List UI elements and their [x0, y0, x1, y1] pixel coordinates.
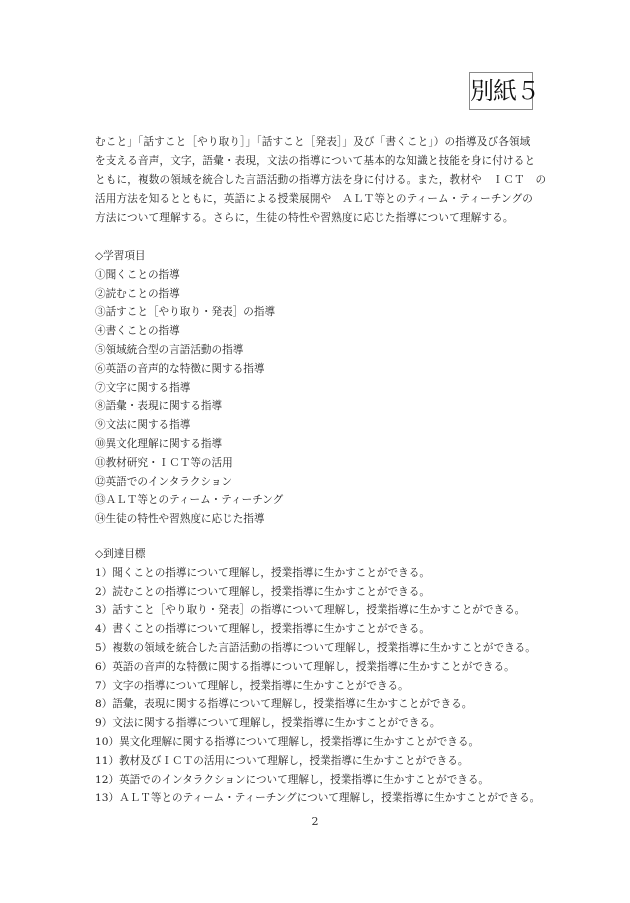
list-item: ①聞くことの指導 [95, 266, 537, 285]
list-item: ⑦文字に関する指導 [95, 379, 537, 398]
list-item: ③話すこと［やり取り・発表］の指導 [95, 303, 537, 322]
list-item: ⑤領域統合型の言語活動の指導 [95, 341, 537, 360]
list-item: ⑨文法に関する指導 [95, 416, 537, 435]
list-item: ⑩異文化理解に関する指導 [95, 435, 537, 454]
paragraph-line: ともに，複数の領域を統合した言語活動の指導方法を身に付ける。また，教材や ＩＣＴ… [95, 171, 537, 190]
attachment-label-box: 別紙５ [469, 72, 533, 110]
list-item: ⑪教材研究・ＩＣＴ等の活用 [95, 454, 537, 473]
document-page: 別紙５ むこと」「話すこと［やり取り］」「話すこと［発表］」及び「書くこと」）の… [0, 0, 630, 903]
list-item: 8）語彙，表現に関する指導について理解し，授業指導に生かすことができる。 [95, 695, 537, 714]
list-item: ⑬ＡＬＴ等とのティーム・ティーチング [95, 491, 537, 510]
list-item: 3）話すこと［やり取り・発表］の指導について理解し，授業指導に生かすことができる… [95, 601, 537, 620]
list-item: ②読むことの指導 [95, 285, 537, 304]
list-item: 7）文字の指導について理解し，授業指導に生かすことができる。 [95, 677, 537, 696]
paragraph-line: 方法について理解する。さらに，生徒の特性や習熟度に応じた指導について理解する。 [95, 209, 537, 228]
list-item: 5）複数の領域を統合した言語活動の指導について理解し，授業指導に生かすことができ… [95, 639, 537, 658]
goals-section: ◇到達目標 1）聞くことの指導について理解し，授業指導に生かすことができる。 2… [95, 545, 537, 808]
intro-paragraph: むこと」「話すこと［やり取り］」「話すこと［発表］」及び「書くこと」）の指導及び… [95, 133, 537, 228]
list-item: ⑭生徒の特性や習熟度に応じた指導 [95, 510, 537, 529]
list-item: 10）異文化理解に関する指導について理解し，授業指導に生かすことができる。 [95, 733, 537, 752]
list-item: 6）英語の音声的な特徴に関する指導について理解し，授業指導に生かすことができる。 [95, 658, 537, 677]
list-item: 12）英語でのインタラクションについて理解し，授業指導に生かすことができる。 [95, 771, 537, 790]
section-heading: ◇到達目標 [95, 545, 537, 564]
list-item: 2）読むことの指導について理解し，授業指導に生かすことができる。 [95, 583, 537, 602]
paragraph-line: むこと」「話すこと［やり取り］」「話すこと［発表］」及び「書くこと」）の指導及び… [95, 133, 537, 152]
list-item: ④書くことの指導 [95, 322, 537, 341]
page-number: 2 [0, 815, 630, 828]
list-item: ⑧語彙・表現に関する指導 [95, 397, 537, 416]
list-item: 4）書くことの指導について理解し，授業指導に生かすことができる。 [95, 620, 537, 639]
list-item: 1）聞くことの指導について理解し，授業指導に生かすことができる。 [95, 564, 537, 583]
list-item: ⑥英語の音声的な特徴に関する指導 [95, 360, 537, 379]
learning-items-section: ◇学習項目 ①聞くことの指導 ②読むことの指導 ③話すこと［やり取り・発表］の指… [95, 247, 537, 529]
list-item: ⑫英語でのインタラクション [95, 473, 537, 492]
paragraph-line: を支える音声，文字，語彙・表現，文法の指導について基本的な知識と技能を身に付ける… [95, 152, 537, 171]
paragraph-line: 活用方法を知るとともに，英語による授業展開や ＡＬＴ等とのティーム・ティーチング… [95, 190, 537, 209]
section-heading: ◇学習項目 [95, 247, 537, 266]
list-item: 13）ＡＬＴ等とのティーム・ティーチングについて理解し，授業指導に生かすことがで… [95, 789, 537, 808]
list-item: 9）文法に関する指導について理解し，授業指導に生かすことができる。 [95, 714, 537, 733]
list-item: 11）教材及びＩＣＴの活用について理解し，授業指導に生かすことができる。 [95, 752, 537, 771]
